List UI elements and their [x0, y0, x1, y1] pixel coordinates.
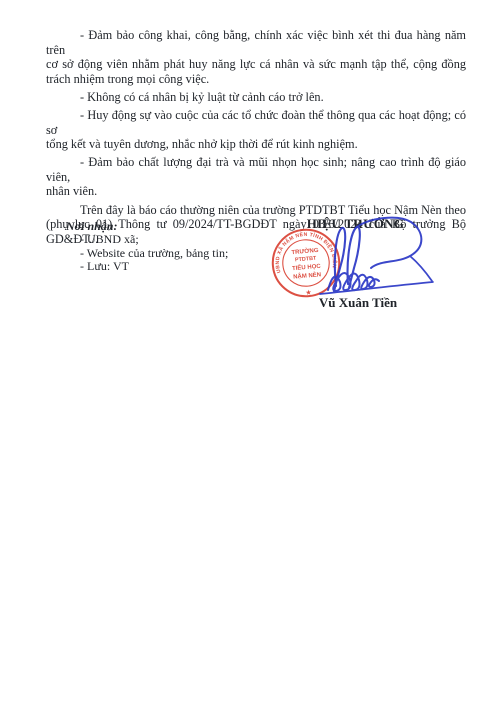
paragraph: - Đảm bảo chất lượng đại trà và mũi nhọn…: [46, 155, 466, 199]
recipient-item: - UBND xã;: [80, 233, 228, 247]
document-page: - Đảm bảo công khai, công bằng, chính xá…: [0, 0, 498, 704]
paragraph-line: tổng kết và tuyên dương, nhắc nhở kịp th…: [46, 137, 466, 152]
paragraph-line: - Không có cá nhân bị kỷ luật từ cảnh cá…: [46, 90, 466, 105]
paragraph-line: trách nhiệm trong mọi công việc.: [46, 72, 466, 87]
signature-ink: [293, 208, 445, 304]
recipient-item: - Lưu: VT: [80, 260, 228, 274]
paragraph-line: cơ sở động viên nhằm phát huy năng lực c…: [46, 57, 466, 72]
paragraph: - Đảm bảo công khai, công bằng, chính xá…: [46, 28, 466, 86]
paragraph-line: nhân viên.: [46, 184, 466, 199]
paragraph-line: - Đảm bảo công khai, công bằng, chính xá…: [46, 28, 466, 57]
signer-name: Vũ Xuân Tiền: [283, 295, 433, 311]
recipients-list: - UBND xã;- Website của trường, bảng tin…: [80, 233, 228, 274]
signature-stroke-underline: [320, 282, 433, 294]
signature-stroke-tail: [410, 256, 432, 281]
paragraph-line: - Đảm bảo chất lượng đại trà và mũi nhọn…: [46, 155, 466, 184]
paragraph-line: - Huy động sự vào cuộc của các tổ chức đ…: [46, 108, 466, 137]
paragraph: - Huy động sự vào cuộc của các tổ chức đ…: [46, 108, 466, 152]
recipient-item: - Website của trường, bảng tin;: [80, 247, 228, 261]
signature-stroke-flourish: [357, 218, 421, 268]
paragraph: - Không có cá nhân bị kỷ luật từ cảnh cá…: [46, 90, 466, 105]
